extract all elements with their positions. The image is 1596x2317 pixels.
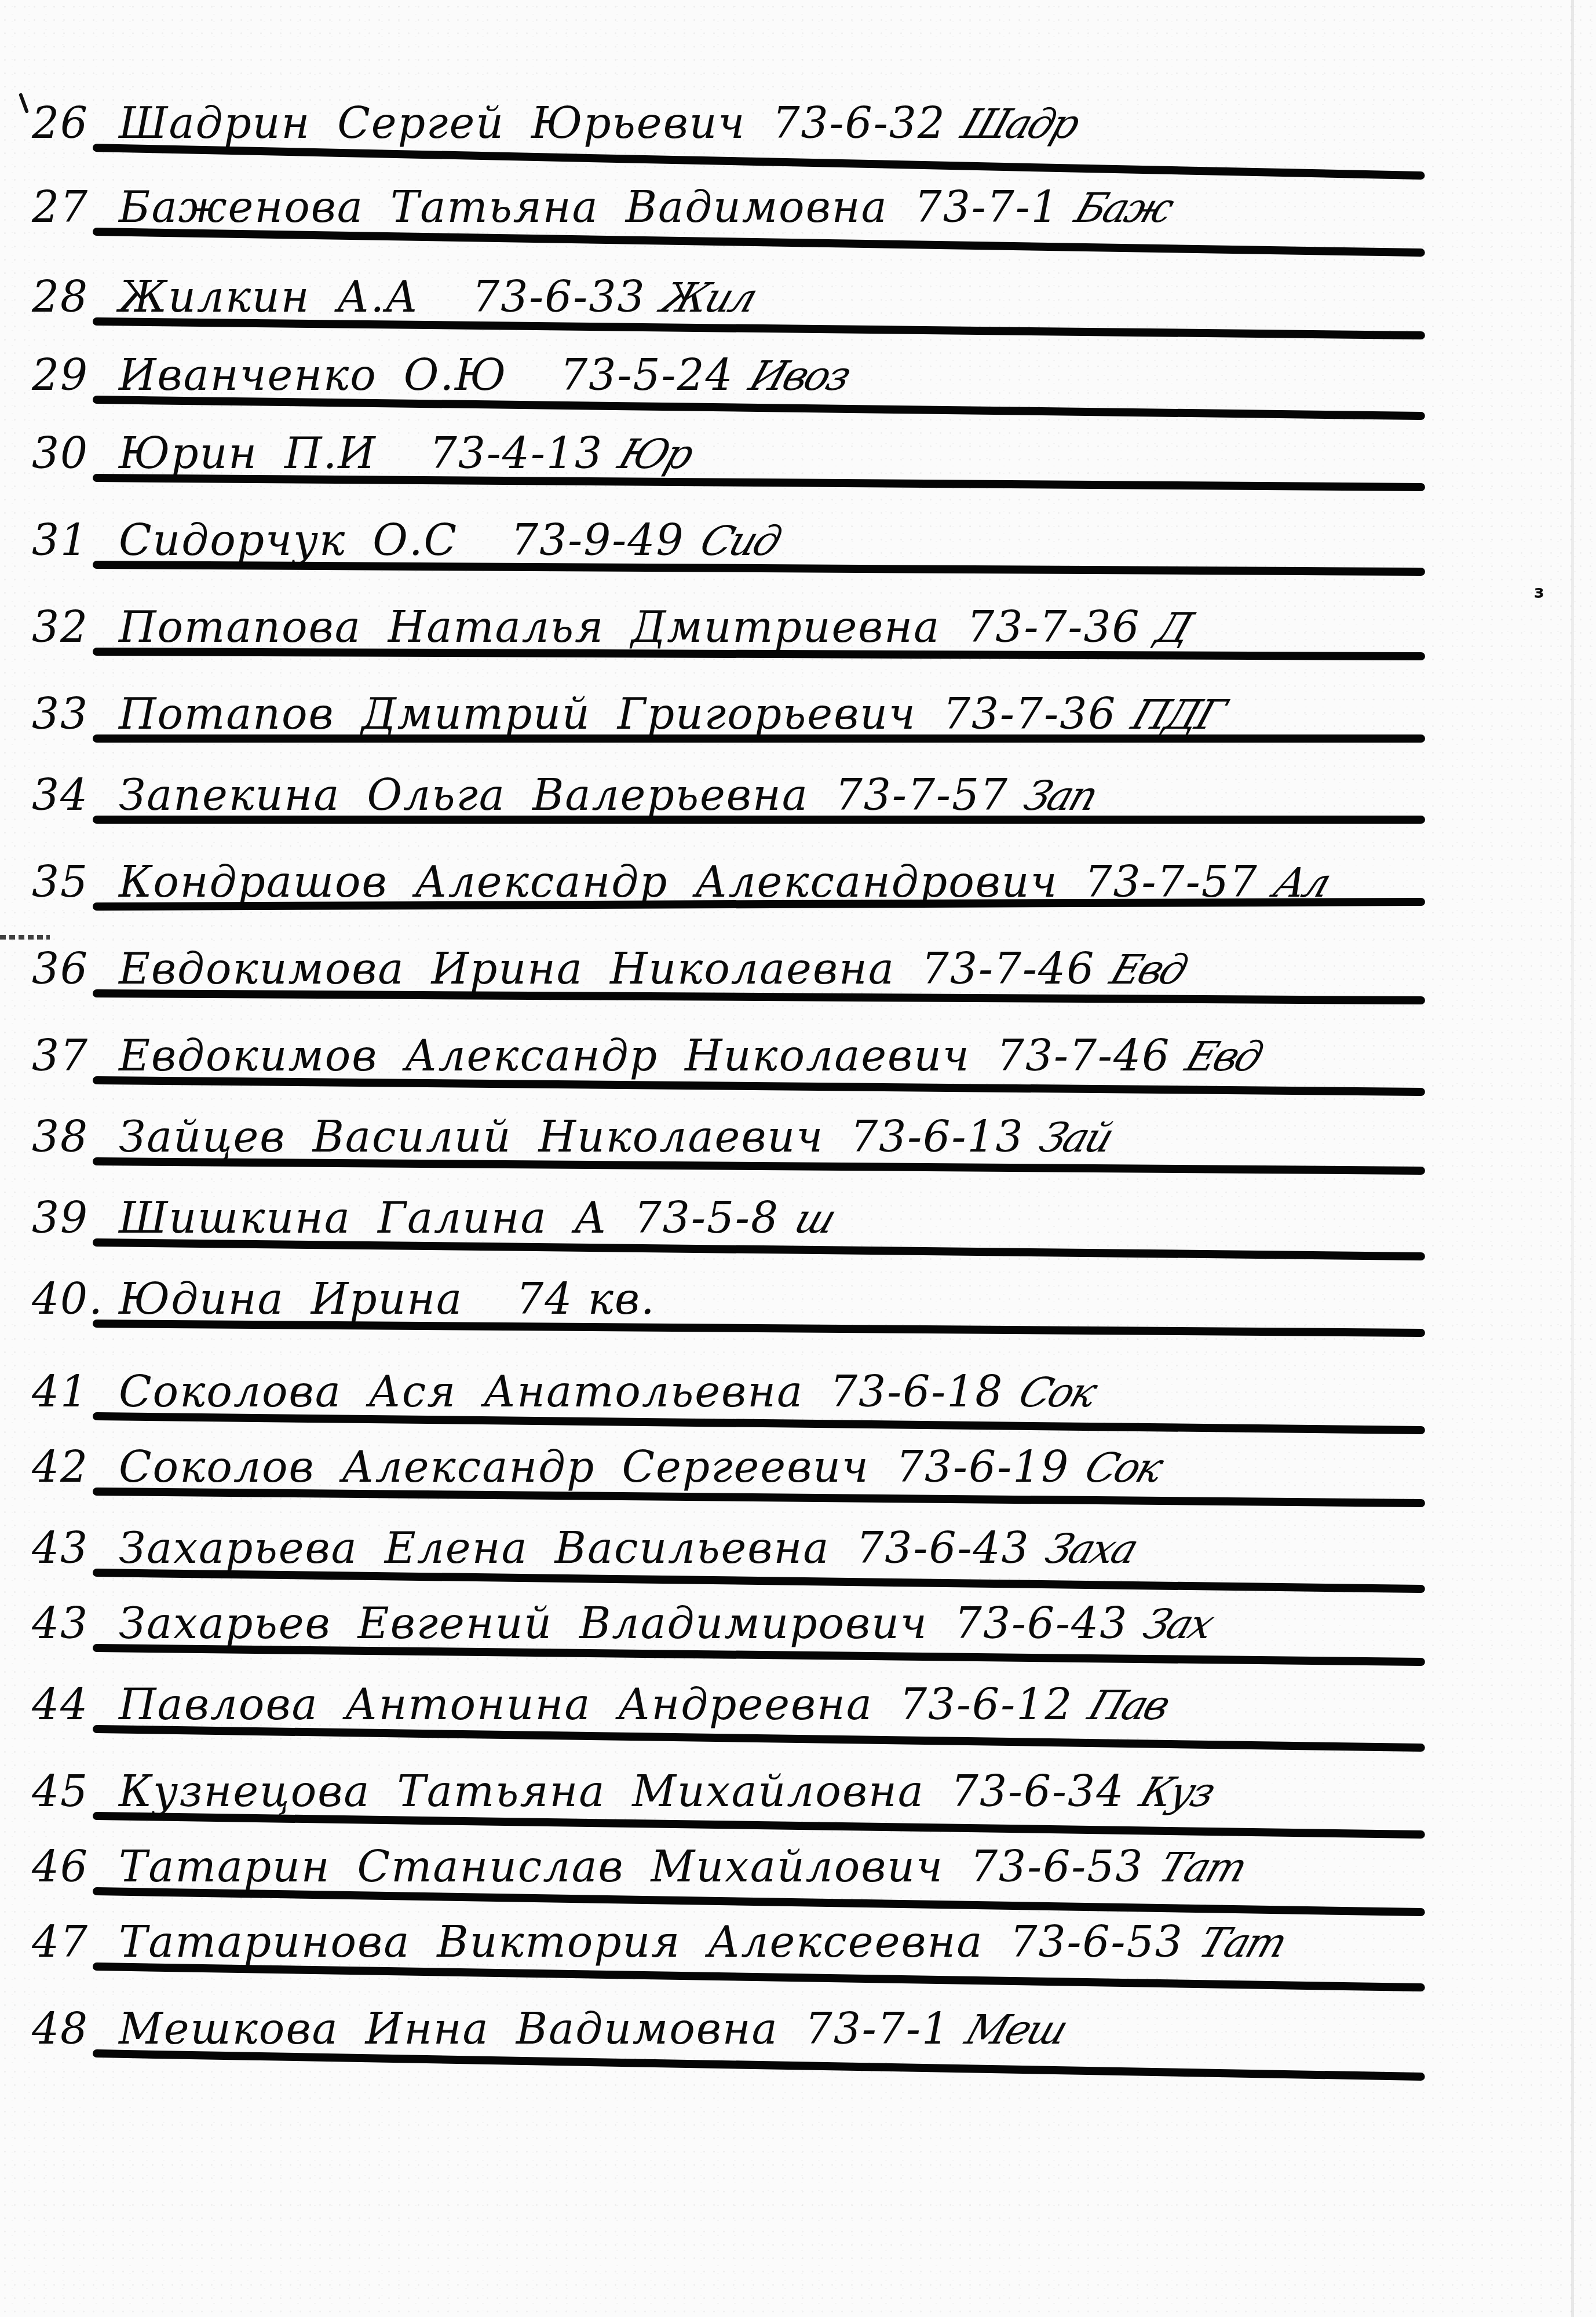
entry-num: 39 (32, 1197, 107, 1240)
entry-text: 34ЗапекинаОльгаВалерьевна73-7-57Зап (32, 774, 1095, 817)
entry-num: 46 (32, 1845, 107, 1888)
entry-num: 26 (32, 102, 107, 145)
entry-signature: Сид (695, 521, 784, 561)
underline-rule (93, 648, 1425, 660)
entry-surname: Татаринова (119, 1917, 410, 1967)
underline-rule (93, 734, 1425, 743)
entry-signature: ПДГ (1127, 695, 1229, 735)
table-row: 46ТатаринСтаниславМихайлович73-6-53Тат (0, 1819, 1596, 1906)
entry-room: 73-6-13 (850, 1112, 1024, 1162)
entry-room: 73-9-49 (511, 516, 684, 565)
entry-surname: Павлова (119, 1680, 319, 1730)
entry-num: 30 (32, 432, 107, 475)
table-row: 29ИванченкоО.Ю73-5-24Ивоз (0, 327, 1596, 414)
entry-given: Наталья (388, 602, 604, 652)
entry-given: Галина (378, 1193, 547, 1243)
entry-num: 29 (32, 354, 107, 397)
entry-room: 73-7-46 (997, 1031, 1170, 1081)
table-row: 27БаженоваТатьянаВадимовна73-7-1Баж (0, 159, 1596, 246)
entry-given: Татьяна (397, 1767, 605, 1817)
entry-room: 73-6-43 (856, 1523, 1029, 1573)
table-row: 47ТатариноваВикторияАлексеевна73-6-53Тат (0, 1894, 1596, 1981)
entry-signature: ш (790, 1198, 839, 1239)
entry-num: 44 (32, 1683, 107, 1726)
entry-text: 38ЗайцевВасилийНиколаевич73-6-13Зай (32, 1116, 1110, 1158)
entry-signature: Евд (1106, 949, 1191, 990)
entry-given: Василий (312, 1112, 512, 1162)
entry-surname: Запекина (119, 770, 340, 820)
table-row: 43ЗахарьевЕвгенийВладимирович73-6-43Зах (0, 1576, 1596, 1662)
entry-room: 73-5-8 (634, 1193, 779, 1243)
table-row: 48МешковаИннаВадимовна73-7-1Меш (0, 1981, 1596, 2068)
entry-patronymic: Николаевич (685, 1031, 970, 1081)
entry-text: 26ШадринСергейЮрьевич73-6-32Шадр (32, 102, 1076, 145)
table-row: 38ЗайцевВасилийНиколаевич73-6-13Зай (0, 1089, 1596, 1176)
table-row: 35КондрашовАлександрАлександрович73-7-57… (0, 834, 1596, 921)
entry-given: Сергей (337, 98, 505, 148)
entry-patronymic: Дмитриевна (631, 602, 940, 652)
entry-patronymic: Владимирович (579, 1599, 928, 1649)
entry-given: Елена (385, 1523, 528, 1573)
entry-text: 44ПавловаАнтонинаАндреевна73-6-12Пав (32, 1683, 1167, 1726)
entry-num: 32 (32, 606, 107, 649)
entry-room: 73-7-1 (915, 182, 1060, 232)
entry-signature: Сок (1080, 1448, 1166, 1488)
entry-given: О.С (372, 516, 458, 565)
entry-room: 73-7-36 (967, 602, 1140, 652)
entry-text: 30ЮринП.И73-4-13Юр (32, 432, 690, 475)
entry-signature: Ивоз (744, 356, 854, 396)
entry-given: Александр (342, 1442, 596, 1492)
table-row: 36ЕвдокимоваИринаНиколаевна73-7-46Евд (0, 921, 1596, 1008)
underline-rule (93, 474, 1425, 491)
entry-num: 36 (32, 948, 107, 991)
entry-surname: Сидорчук (119, 516, 346, 565)
table-row: 44ПавловаАнтонинаАндреевна73-6-12Пав (0, 1657, 1596, 1744)
entry-num: 38 (32, 1116, 107, 1158)
entry-num: 35 (32, 861, 107, 904)
entry-text: 47ТатариноваВикторияАлексеевна73-6-53Тат (32, 1921, 1284, 1964)
entry-patronymic: Анатольевна (483, 1367, 804, 1417)
entry-room: 73-6-19 (896, 1442, 1069, 1492)
entry-signature: Куз (1135, 1772, 1219, 1812)
entry-surname: Иванченко (119, 350, 377, 400)
entry-given: П.И (284, 429, 377, 478)
entry-surname: Захарьев (119, 1599, 331, 1649)
entry-room: 73-6-53 (970, 1842, 1144, 1892)
entry-signature: Пав (1084, 1685, 1173, 1726)
entry-room: 73-7-36 (943, 689, 1116, 739)
underline-rule (93, 816, 1425, 824)
entry-given: Инна (366, 2004, 490, 2054)
entry-patronymic: Сергеевич (622, 1442, 870, 1492)
entry-surname: Захарьева (119, 1523, 358, 1573)
entry-given: Дмитрий (361, 689, 591, 739)
entry-patronymic: Алексеевна (707, 1917, 983, 1967)
table-row: 41СоколоваАсяАнатольевна73-6-18Сок (0, 1344, 1596, 1431)
entry-given: Евгений (358, 1599, 553, 1649)
entry-num: 48 (32, 2008, 107, 2051)
entry-room: 73-5-24 (560, 350, 733, 400)
table-row: 34ЗапекинаОльгаВалерьевна73-7-57Зап (0, 747, 1596, 834)
table-row: 31СидорчукО.С73-9-49Сид (0, 492, 1596, 579)
entry-room: 73-7-1 (805, 2004, 950, 2054)
entry-signature: Юр (614, 434, 697, 474)
entry-surname: Потапов (119, 689, 335, 739)
entry-num: 43 (32, 1527, 107, 1570)
entry-given: О.Ю (404, 350, 507, 400)
entry-text: 35КондрашовАлександрАлександрович73-7-57… (32, 861, 1327, 904)
entry-text: 33ПотаповДмитрийГригорьевич73-7-36ПДГ (32, 693, 1222, 736)
entry-num: 33 (32, 693, 107, 736)
entry-patronymic: Николаевич (538, 1112, 824, 1162)
entry-text: 45КузнецоваТатьянаМихайловна73-6-34Куз (32, 1770, 1212, 1813)
entry-surname: Евдокимова (119, 944, 404, 994)
entry-text: 27БаженоваТатьянаВадимовна73-7-1Баж (32, 186, 1170, 229)
table-row: 28ЖилкинА.А73-6-33Жил (0, 249, 1596, 336)
entry-signature: Баж (1071, 188, 1177, 228)
entry-room: 73-6-34 (951, 1767, 1124, 1817)
entry-patronymic: Валерьевна (532, 770, 809, 820)
entry-text: 31СидорчукО.С73-9-49Сид (32, 519, 778, 562)
entry-num: 41 (32, 1371, 107, 1413)
entry-surname: Шадрин (119, 98, 311, 148)
entry-num: 43 (32, 1602, 107, 1645)
entry-surname: Зайцев (119, 1112, 286, 1162)
entry-num: 34 (32, 774, 107, 817)
entry-num: 47 (32, 1921, 107, 1964)
entry-room: 73-7-46 (922, 944, 1095, 994)
entry-text: 48МешковаИннаВадимовна73-7-1Меш (32, 2008, 1064, 2051)
entry-num: 45 (32, 1770, 107, 1813)
table-row: 32ПотаповаНатальяДмитриевна73-7-36Д (0, 579, 1596, 666)
entry-text: 46ТатаринСтаниславМихайлович73-6-53Тат (32, 1845, 1244, 1888)
entry-room: 73-6-53 (1010, 1917, 1183, 1967)
entry-signature: Зай (1035, 1117, 1116, 1158)
entry-surname: Юдина (119, 1274, 284, 1324)
entry-given: Александр (404, 1031, 658, 1081)
entry-given: Виктория (437, 1917, 681, 1967)
entry-given: А.А (337, 272, 419, 322)
table-row: 26ШадринСергейЮрьевич73-6-32Шадр (0, 75, 1596, 162)
entry-surname: Татарин (119, 1842, 331, 1892)
entry-signature: Тат (1155, 1847, 1251, 1888)
entry-patronymic: Юрьевич (531, 98, 746, 148)
entry-given: Ирина (311, 1274, 463, 1324)
entry-surname: Жилкин (119, 272, 311, 322)
entry-text: 37ЕвдокимовАлександрНиколаевич73-7-46Евд (32, 1035, 1259, 1077)
entry-patronymic: Андреевна (618, 1680, 873, 1730)
table-row: 39ШишкинаГалинаА73-5-8ш (0, 1170, 1596, 1257)
entry-text: 29ИванченкоО.Ю73-5-24Ивоз (32, 354, 848, 397)
entry-given: Станислав (357, 1842, 624, 1892)
entry-surname: Баженова (119, 182, 364, 232)
entry-text: 39ШишкинаГалинаА73-5-8ш (32, 1197, 832, 1240)
entry-surname: Кузнецова (119, 1767, 370, 1817)
entry-surname: Соколов (119, 1442, 315, 1492)
entry-num: 31 (32, 519, 107, 562)
entry-surname: Кондрашов (119, 857, 388, 907)
entry-num: 28 (32, 276, 107, 319)
entry-surname: Соколова (119, 1367, 342, 1417)
entry-patronymic: Вадимовна (516, 2004, 779, 2054)
entry-num: 27 (32, 186, 107, 229)
entry-signature: Зап (1020, 776, 1101, 816)
entry-given: Антонина (345, 1680, 591, 1730)
table-row: 45КузнецоваТатьянаМихайловна73-6-34Куз (0, 1744, 1596, 1830)
entry-surname: Шишкина (119, 1193, 351, 1243)
entry-signature: Евд (1181, 1036, 1266, 1077)
entry-patronymic: Михайлович (651, 1842, 944, 1892)
table-row: 37ЕвдокимовАлександрНиколаевич73-7-46Евд (0, 1008, 1596, 1095)
table-row: 42СоколовАлександрСергеевич73-6-19Сок (0, 1419, 1596, 1506)
entry-room: 73-6-18 (830, 1367, 1003, 1417)
entry-surname: Евдокимов (119, 1031, 378, 1081)
entry-text: 43ЗахарьевЕвгенийВладимирович73-6-43Зах (32, 1602, 1211, 1645)
entry-room: 74 кв. (516, 1274, 655, 1324)
entry-room: 73-6-32 (772, 98, 945, 148)
entry-text: 32ПотаповаНатальяДмитриевна73-7-36Д (32, 606, 1189, 649)
entry-signature: Зах (1139, 1604, 1218, 1644)
entry-text: 36ЕвдокимоваИринаНиколаевна73-7-46Евд (32, 948, 1184, 991)
entry-signature: Ал (1269, 863, 1334, 903)
underline-rule (93, 2049, 1425, 2081)
entry-signature: Меш (961, 2009, 1071, 2050)
entry-text: 43ЗахарьеваЕленаВасильевна73-6-43Заха (32, 1527, 1134, 1570)
entry-given: Александр (415, 857, 669, 907)
table-row: 40.ЮдинаИрина74 кв. (0, 1251, 1596, 1338)
entry-signature: Д (1151, 608, 1195, 648)
entry-room: 73-6-33 (472, 272, 645, 322)
entry-given: Ольга (367, 770, 506, 820)
entry-given: Ирина (431, 944, 583, 994)
entry-num: 37 (32, 1035, 107, 1077)
entry-surname: Мешкова (119, 2004, 339, 2054)
signature-sheet: з 26ШадринСергейЮрьевич73-6-32Шадр27Баже… (0, 0, 1596, 2317)
entry-signature: Заха (1040, 1529, 1141, 1569)
entry-patronymic: А (574, 1193, 608, 1243)
entry-num: 40. (32, 1278, 107, 1321)
table-row: 30ЮринП.И73-4-13Юр (0, 405, 1596, 492)
entry-num: 42 (32, 1446, 107, 1489)
entry-room: 73-4-13 (430, 429, 603, 478)
entry-patronymic: Николаевна (610, 944, 895, 994)
table-row: 33ПотаповДмитрийГригорьевич73-7-36ПДГ (0, 666, 1596, 753)
entry-text: 28ЖилкинА.А73-6-33Жил (32, 276, 754, 319)
entry-room: 73-6-12 (900, 1680, 1073, 1730)
entry-patronymic: Григорьевич (618, 689, 916, 739)
entry-surname: Потапова (119, 602, 361, 652)
entry-text: 41СоколоваАсяАнатольевна73-6-18Сок (32, 1371, 1094, 1413)
entry-patronymic: Вадимовна (626, 182, 888, 232)
entry-surname: Юрин (119, 429, 258, 478)
entry-room: 73-7-57 (835, 770, 1009, 820)
entry-room: 73-6-43 (955, 1599, 1128, 1649)
entry-text: 42СоколовАлександрСергеевич73-6-19Сок (32, 1446, 1160, 1489)
entry-given: Ася (368, 1367, 456, 1417)
entry-patronymic: Михайловна (632, 1767, 925, 1817)
entry-signature: Жил (656, 277, 760, 318)
underline-rule (93, 1320, 1425, 1337)
entry-text: 40.ЮдинаИрина74 кв. (32, 1278, 673, 1321)
table-row: 43ЗахарьеваЕленаВасильевна73-6-43Заха (0, 1500, 1596, 1587)
entry-given: Татьяна (390, 182, 599, 232)
entry-signature: Шадр (956, 104, 1083, 144)
entry-patronymic: Васильевна (555, 1523, 830, 1573)
entry-signature: Сок (1014, 1372, 1100, 1413)
entry-signature: Тат (1194, 1923, 1290, 1963)
